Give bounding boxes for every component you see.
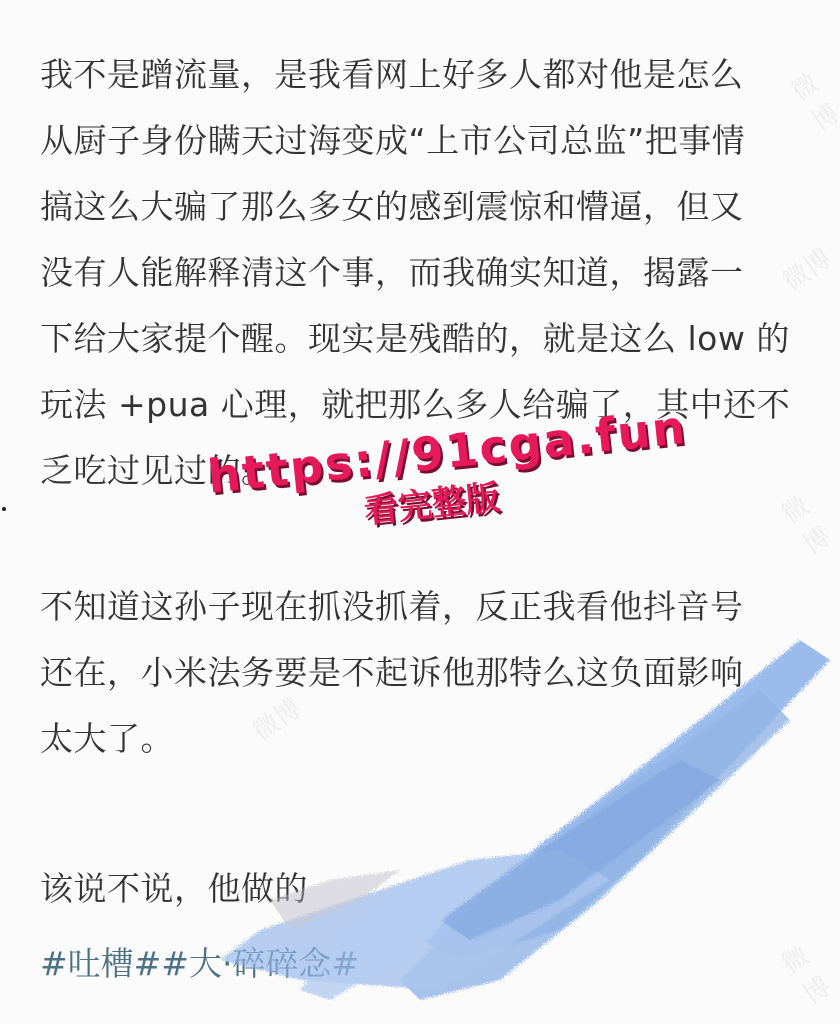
text-line: 从厨子身份瞒天过海变成“上市公司总监”把事情: [40, 108, 790, 174]
text-line: 搞这么大骗了那么多女的感到震惊和懵逼，但又: [40, 174, 790, 240]
watermark: 微博: [773, 922, 840, 1011]
stray-dot: [2, 507, 6, 511]
hashtag-links[interactable]: #吐槽##大·碎碎念#: [40, 934, 359, 994]
text-line: 太大了。: [40, 706, 744, 772]
watermark: 微博: [782, 55, 840, 139]
text-line: 该说不说，他做的: [40, 856, 308, 922]
text-line: 我不是蹭流量，是我看网上好多人都对他是怎么: [40, 42, 790, 108]
text-line: 不知道这孙子现在抓没抓着，反正我看他抖音号: [40, 574, 744, 640]
text-line: 还在，小米法务要是不起诉他那特么这负面影响: [40, 640, 744, 706]
paragraph-2: 不知道这孙子现在抓没抓着，反正我看他抖音号 还在，小米法务要是不起诉他那特么这负…: [40, 574, 744, 772]
paragraph-3: 该说不说，他做的: [40, 856, 308, 922]
text-line: 下给大家提个醒。现实是残酷的，就是这么 low 的: [40, 306, 790, 372]
text-line: 没有人能解释清这个事，而我确实知道，揭露一: [40, 240, 790, 306]
